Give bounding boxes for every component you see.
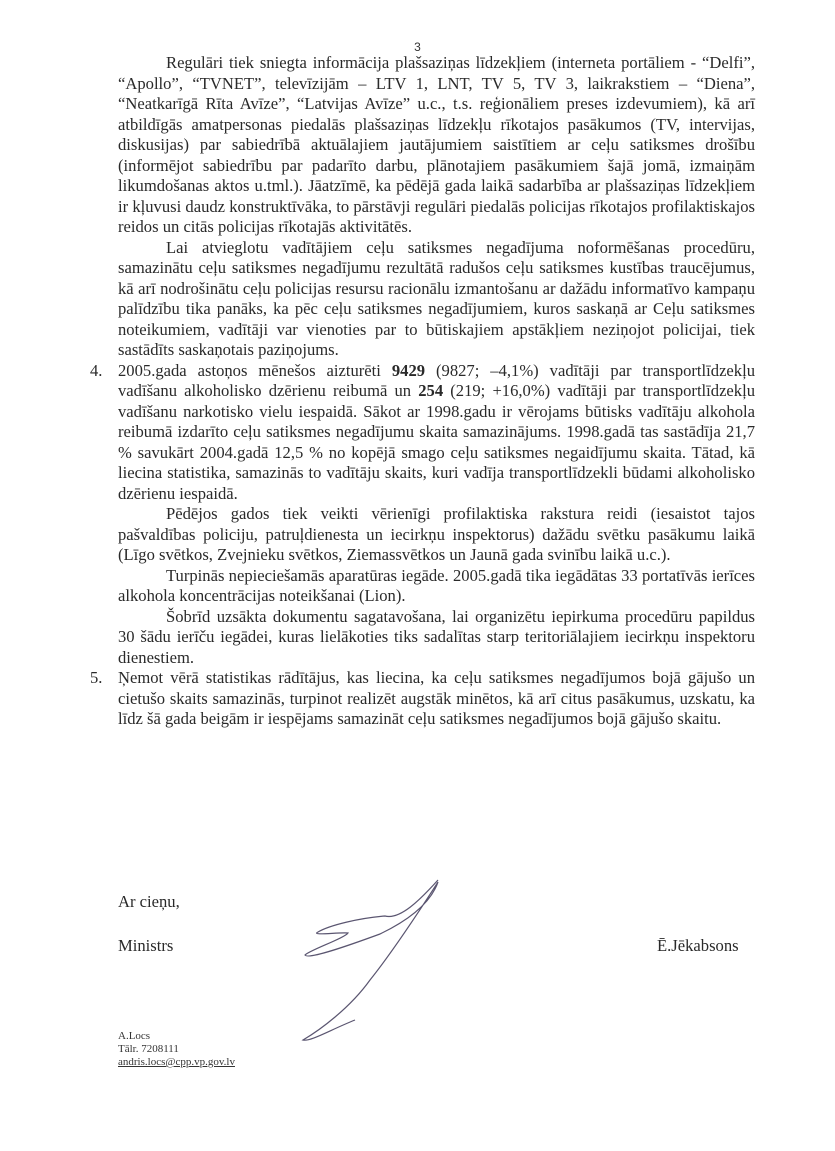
paragraph-equipment: Turpinās nepieciešamās aparatūras iegāde…: [118, 566, 755, 607]
list-number: 4.: [90, 361, 102, 382]
list-item-4: 4. 2005.gada astoņos mēnešos aizturēti 9…: [118, 361, 755, 669]
signatory-name: Ē.Jēkabsons: [657, 936, 739, 956]
signature-icon: [270, 860, 470, 1050]
paragraph-accident-procedure: Lai atvieglotu vadītājiem ceļu satiksmes…: [118, 238, 755, 361]
paragraph-procurement: Šobrīd uzsākta dokumentu sagatavošana, l…: [118, 607, 755, 669]
paragraph-conclusion: Ņemot vērā statistikas rādītājus, kas li…: [118, 668, 755, 730]
contact-phone: Tālr. 7208111: [118, 1043, 235, 1056]
paragraph-alcohol-stats: 2005.gada astoņos mēnešos aizturēti 9429…: [118, 361, 755, 505]
paragraph-raids: Pēdējos gados tiek veikti vērienīgi prof…: [118, 504, 755, 566]
list-number: 5.: [90, 668, 102, 689]
signatory-title: Ministrs: [118, 936, 173, 956]
contact-email-link[interactable]: andris.locs@cpp.vp.gov.lv: [118, 1056, 235, 1068]
list-item-5: 5. Ņemot vērā statistikas rādītājus, kas…: [118, 668, 755, 730]
document-page: 3 Regulāri tiek sniegta informācija plaš…: [0, 0, 835, 1151]
contact-person: A.Locs: [118, 1030, 235, 1043]
body-text: Regulāri tiek sniegta informācija plašsa…: [118, 53, 755, 730]
contact-block: A.Locs Tālr. 7208111 andris.locs@cpp.vp.…: [118, 1030, 235, 1069]
detained-drugs-count: 254: [418, 381, 443, 400]
paragraph-media: Regulāri tiek sniegta informācija plašsa…: [118, 53, 755, 238]
detained-alcohol-count: 9429: [392, 361, 425, 380]
page-number: 3: [0, 40, 835, 54]
signoff: Ar cieņu,: [118, 892, 180, 912]
